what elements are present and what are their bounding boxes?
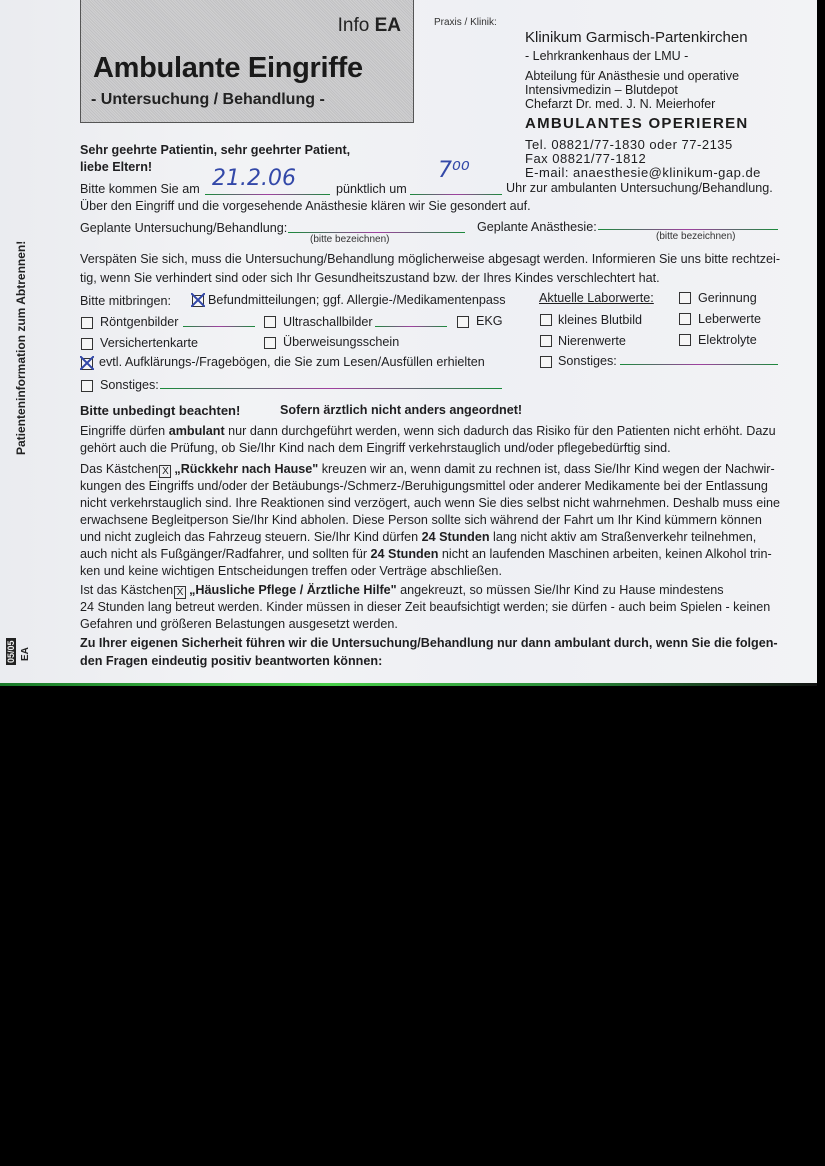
document-title: Ambulante Eingriffe [93, 52, 363, 85]
bring-item-label: Versichertenkarte [100, 336, 198, 350]
bring-item-label: Röntgenbilder [100, 315, 178, 329]
notes-paragraph-2-line: ken und keine wichtigen Entscheidungen t… [80, 564, 502, 578]
checkbox-sonstiges[interactable] [81, 380, 93, 392]
notes-paragraph-2: Das KästchenX„Rückkehr nach Hause" kreuz… [80, 462, 775, 478]
x-box-icon: X [174, 586, 186, 599]
checkbox-ultraschallbilder[interactable] [264, 316, 276, 328]
header-box: Info EA Ambulante Eingriffe - Untersuchu… [80, 0, 414, 123]
planned-treatment-field[interactable] [288, 232, 465, 233]
lab-item-label: Elektrolyte [698, 333, 757, 347]
planned-treatment-hint: (bitte bezeichnen) [310, 234, 390, 245]
planned-anesthesia-hint: (bitte bezeichnen) [656, 231, 736, 242]
notes-paragraph-2-line: und nicht zugleich das Fahrzeug steuern.… [80, 530, 756, 544]
date-field[interactable]: 21.2.06 [212, 166, 296, 191]
bring-item-label: Ultraschallbilder [283, 315, 373, 329]
notes-paragraph-2-line: erwachsene Begleitperson Sie/Ihr Kind ab… [80, 513, 762, 527]
praxis-label: Praxis / Klinik: [434, 17, 497, 28]
late-notice-line-2: tig, wenn Sie verhindert sind oder sich … [80, 271, 660, 285]
planned-anesthesia-field[interactable] [598, 229, 778, 230]
form-code: EA [20, 647, 31, 661]
checkbox-ekg[interactable] [457, 316, 469, 328]
clinic-chief: Chefarzt Dr. med. J. N. Meierhofer [525, 96, 715, 112]
lab-item-label: kleines Blutbild [558, 313, 642, 327]
planned-anesthesia-label: Geplante Anästhesie: [477, 220, 597, 234]
checkbox-roentgenbilder[interactable] [81, 317, 93, 329]
notes-paragraph-1: Eingriffe dürfen ambulant nur dann durch… [80, 424, 776, 438]
notes-paragraph-2-line: nicht verkehrstauglich sind. Ihre Reakti… [80, 496, 780, 510]
greeting-line-1: Sehr geehrte Patientin, sehr geehrter Pa… [80, 143, 350, 157]
notes-paragraph-2-line: auch nicht als Fußgänger/Radfahrer, und … [80, 547, 772, 561]
notes-paragraph-4-line-2: den Fragen eindeutig positiv beantworten… [80, 654, 382, 668]
notes-paragraph-1-line-2: gehört auch die Prüfung, ob Sie/Ihr Kind… [80, 441, 671, 455]
notes-paragraph-4: Zu Ihrer eigenen Sicherheit führen wir d… [80, 636, 778, 650]
document-page: Info EA Ambulante Eingriffe - Untersuchu… [0, 0, 817, 684]
appointment-mid: pünktlich um [336, 182, 407, 196]
paper-edge [0, 683, 817, 686]
clinic-fax: Fax 08821/77-1812 [525, 152, 646, 166]
bring-item-label: Befundmitteilungen; ggf. Allergie-/Medik… [208, 293, 506, 307]
lab-item-label: Nierenwerte [558, 334, 626, 348]
bring-item-label: evtl. Aufklärungs-/Fragebögen, die Sie z… [99, 355, 485, 369]
checkbox-leberwerte[interactable] [679, 313, 691, 325]
bring-label: Bitte mitbringen: [80, 294, 171, 308]
checkbox-elektrolyte[interactable] [679, 334, 691, 346]
tear-off-label: Patienteninformation zum Abtrennen! [14, 241, 28, 455]
lab-item-label: Sonstiges: [558, 354, 617, 368]
edition-code: 05/05 [6, 638, 16, 665]
notes-paragraph-3-line: 24 Stunden lang betreut werden. Kinder m… [80, 600, 770, 614]
anesthesia-info: Über den Eingriff und die vorgesehende A… [80, 199, 531, 213]
notes-paragraph-2-line: kungen des Eingriffs und/oder der Betäub… [80, 479, 768, 493]
notes-heading-2: Sofern ärztlich nicht anders angeordnet! [280, 403, 522, 417]
lab-sonstiges-field[interactable] [620, 364, 778, 365]
checkbox-versichertenkarte[interactable] [81, 338, 93, 350]
sonstiges-field[interactable] [160, 388, 502, 389]
date-field-line [205, 194, 330, 195]
greeting-line-2: liebe Eltern! [80, 160, 152, 174]
document-subtitle: - Untersuchung / Behandlung - [91, 91, 325, 109]
bring-item-label: EKG [476, 314, 503, 328]
notes-paragraph-3-line: Gefahren und größeren Belastungen ausges… [80, 617, 398, 631]
checkbox-kleines-blutbild[interactable] [540, 314, 552, 326]
planned-treatment-label: Geplante Untersuchung/Behandlung: [80, 221, 287, 235]
checkbox-nierenwerte[interactable] [540, 335, 552, 347]
roentgenbilder-field[interactable] [183, 326, 255, 327]
lab-item-label: Gerinnung [698, 291, 757, 305]
lab-item-label: Leberwerte [698, 312, 761, 326]
clinic-section: AMBULANTES OPERIEREN [525, 116, 749, 132]
clinic-name: Klinikum Garmisch-Partenkirchen [525, 30, 748, 46]
checkbox-lab-sonstiges[interactable] [540, 356, 552, 368]
x-box-icon: X [159, 465, 171, 478]
checkbox-befundmitteilungen[interactable] [192, 295, 204, 307]
checkbox-aufklaerungsboegen[interactable] [81, 358, 93, 370]
info-code: Info EA [338, 15, 401, 37]
time-field-line [410, 194, 502, 195]
notes-heading: Bitte unbedingt beachten! [80, 403, 240, 418]
checkbox-gerinnung[interactable] [679, 292, 691, 304]
clinic-subname: - Lehrkrankenhaus der LMU - [525, 48, 688, 64]
clinic-tel: Tel. 08821/77-1830 oder 77-2135 [525, 138, 733, 152]
notes-paragraph-3: Ist das KästchenX„Häusliche Pflege / Ärz… [80, 583, 724, 599]
appointment-suffix: Uhr zur ambulanten Untersuchung/Behandlu… [506, 181, 773, 195]
lab-label: Aktuelle Laborwerte: [539, 291, 654, 305]
checkbox-ueberweisungsschein[interactable] [264, 337, 276, 349]
appointment-prefix: Bitte kommen Sie am [80, 182, 200, 196]
late-notice-line-1: Verspäten Sie sich, muss die Untersuchun… [80, 252, 780, 266]
bring-item-label: Sonstiges: [100, 378, 159, 392]
ultraschallbilder-field[interactable] [375, 326, 447, 327]
clinic-email: E-mail: anaesthesie@klinikum-gap.de [525, 166, 761, 180]
time-field[interactable]: 7⁰⁰ [438, 158, 470, 183]
bring-item-label: Überweisungsschein [283, 335, 399, 349]
